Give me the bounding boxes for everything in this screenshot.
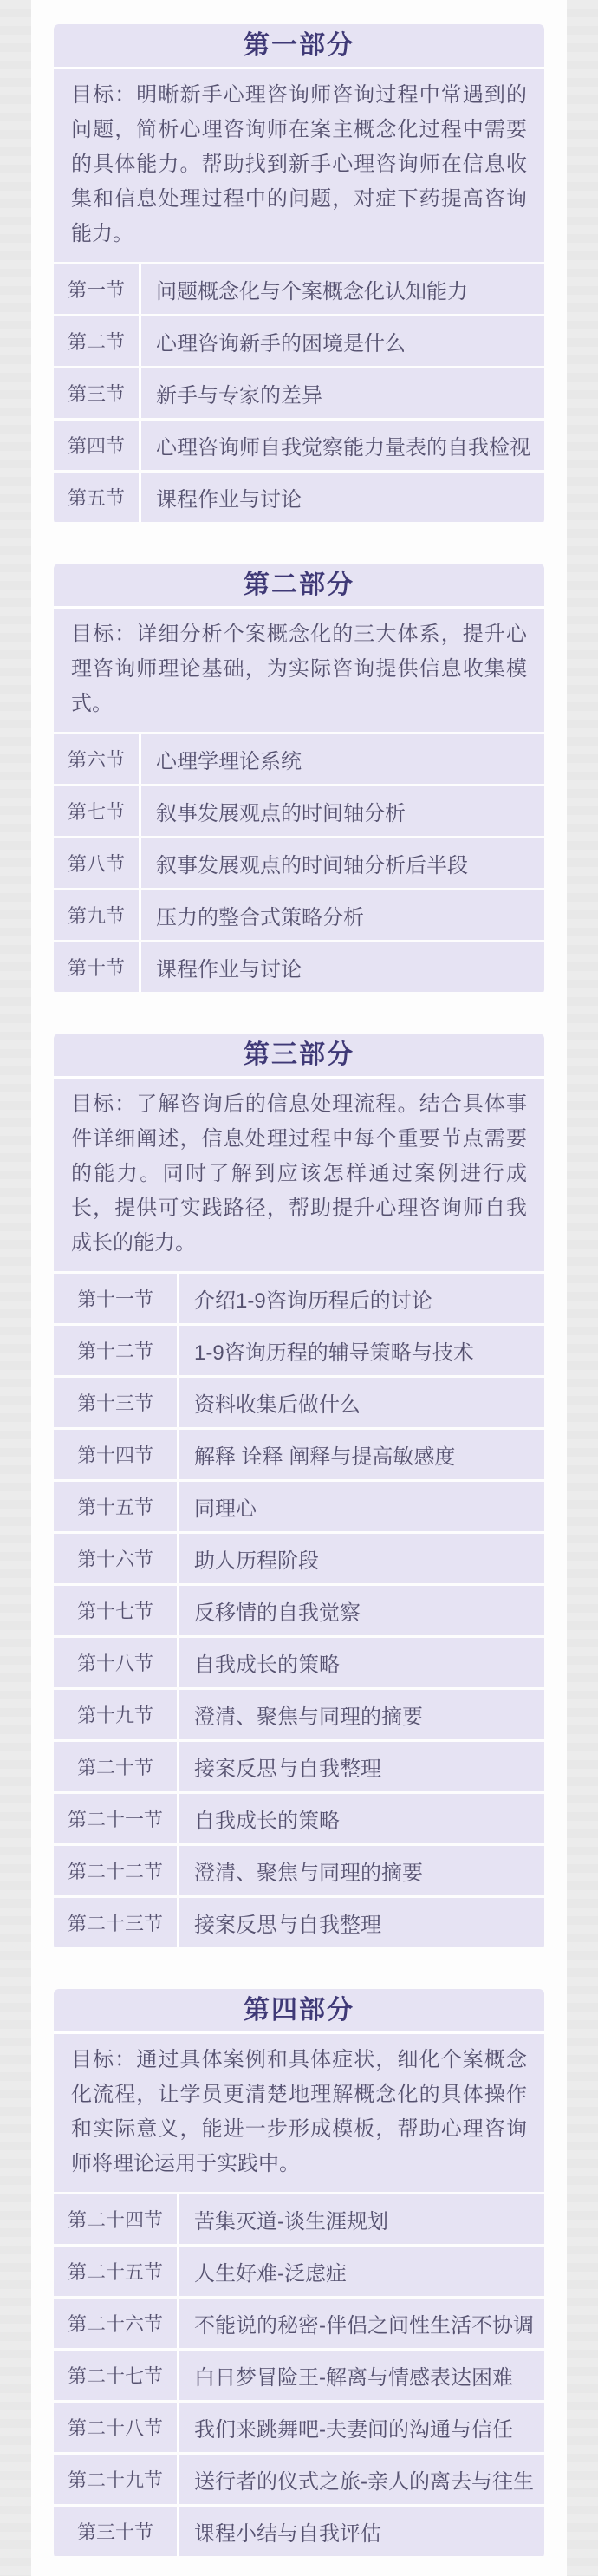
lesson-number: 第十三节 — [54, 1378, 179, 1427]
lesson-row: 第十节 课程作业与讨论 — [54, 942, 544, 992]
lesson-row: 第十九节 澄清、聚焦与同理的摘要 — [54, 1690, 544, 1739]
lesson-row: 第二十六节 不能说的秘密-伴侣之间性生活不协调 — [54, 2299, 544, 2348]
lesson-title: 叙事发展观点的时间轴分析 — [141, 786, 544, 836]
lesson-row: 第二节 心理咨询新手的困境是什么 — [54, 316, 544, 366]
lesson-row: 第二十八节 我们来跳舞吧-夫妻间的沟通与信任 — [54, 2403, 544, 2452]
lesson-number: 第二十九节 — [54, 2455, 179, 2504]
lesson-row: 第二十七节 白日梦冒险王-解离与情感表达困难 — [54, 2351, 544, 2400]
lesson-number: 第十一节 — [54, 1274, 179, 1323]
lesson-title: 课程作业与讨论 — [141, 473, 544, 522]
lesson-number: 第十八节 — [54, 1638, 179, 1687]
lesson-title: 苦集灭道-谈生涯规划 — [179, 2194, 544, 2244]
lesson-number: 第十五节 — [54, 1482, 179, 1531]
lesson-title: 同理心 — [179, 1482, 544, 1531]
part-goal: 目标：明晰新手心理咨询师咨询过程中常遇到的问题，简析心理咨询师在案主概念化过程中… — [54, 67, 544, 262]
part-goal: 目标：通过具体案例和具体症状，细化个案概念化流程，让学员更清楚地理解概念化的具体… — [54, 2031, 544, 2192]
lesson-number: 第十节 — [54, 942, 141, 992]
lesson-title: 问题概念化与个案概念化认知能力 — [141, 264, 544, 314]
lesson-number: 第十四节 — [54, 1430, 179, 1479]
lesson-row: 第三节 新手与专家的差异 — [54, 368, 544, 418]
part-goal: 目标：详细分析个案概念化的三大体系，提升心理咨询师理论基础，为实际咨询提供信息收… — [54, 606, 544, 732]
lesson-row: 第十二节 1-9咨询历程的辅导策略与技术 — [54, 1326, 544, 1375]
course-part-3: 第三部分 目标：了解咨询后的信息处理流程。结合具体事件详细阐述，信息处理过程中每… — [54, 1034, 544, 1950]
lesson-number: 第二十七节 — [54, 2351, 179, 2400]
lesson-title: 接案反思与自我整理 — [179, 1898, 544, 1947]
lesson-number: 第二十一节 — [54, 1794, 179, 1843]
lesson-title: 自我成长的策略 — [179, 1794, 544, 1843]
lesson-title: 心理学理论系统 — [141, 734, 544, 784]
lesson-row: 第九节 压力的整合式策略分析 — [54, 890, 544, 940]
lesson-number: 第十七节 — [54, 1586, 179, 1635]
lesson-row: 第十七节 反移情的自我觉察 — [54, 1586, 544, 1635]
lesson-number: 第二十三节 — [54, 1898, 179, 1947]
lesson-number: 第四节 — [54, 421, 141, 470]
lesson-title: 1-9咨询历程的辅导策略与技术 — [179, 1326, 544, 1375]
lesson-title: 送行者的仪式之旅-亲人的离去与往生 — [179, 2455, 544, 2504]
lesson-number: 第三节 — [54, 368, 141, 418]
lesson-title: 新手与专家的差异 — [141, 368, 544, 418]
lesson-row: 第八节 叙事发展观点的时间轴分析后半段 — [54, 838, 544, 888]
lesson-row: 第十四节 解释 诠释 阐释与提高敏感度 — [54, 1430, 544, 1479]
lesson-row: 第十一节 介绍1-9咨询历程后的讨论 — [54, 1274, 544, 1323]
lesson-number: 第二十四节 — [54, 2194, 179, 2244]
lesson-title: 资料收集后做什么 — [179, 1378, 544, 1427]
course-part-2: 第二部分 目标：详细分析个案概念化的三大体系，提升心理咨询师理论基础，为实际咨询… — [54, 564, 544, 995]
part-title: 第四部分 — [54, 1989, 544, 2031]
lesson-row: 第二十三节 接案反思与自我整理 — [54, 1898, 544, 1947]
lesson-number: 第二十八节 — [54, 2403, 179, 2452]
lesson-title: 课程小结与自我评估 — [179, 2507, 544, 2556]
lesson-title: 介绍1-9咨询历程后的讨论 — [179, 1274, 544, 1323]
lesson-title: 白日梦冒险王-解离与情感表达困难 — [179, 2351, 544, 2400]
lesson-row: 第二十节 接案反思与自我整理 — [54, 1742, 544, 1791]
part-title: 第一部分 — [54, 24, 544, 67]
lesson-row: 第十六节 助人历程阶段 — [54, 1534, 544, 1583]
lesson-title: 人生好难-泛虑症 — [179, 2247, 544, 2296]
lesson-number: 第一节 — [54, 264, 141, 314]
lesson-row: 第二十四节 苦集灭道-谈生涯规划 — [54, 2194, 544, 2244]
lesson-number: 第六节 — [54, 734, 141, 784]
lesson-row: 第二十一节 自我成长的策略 — [54, 1794, 544, 1843]
course-part-1: 第一部分 目标：明晰新手心理咨询师咨询过程中常遇到的问题，简析心理咨询师在案主概… — [54, 24, 544, 525]
lesson-number: 第二十六节 — [54, 2299, 179, 2348]
lesson-title: 接案反思与自我整理 — [179, 1742, 544, 1791]
lesson-row: 第四节 心理咨询师自我觉察能力量表的自我检视 — [54, 421, 544, 470]
lesson-title: 澄清、聚焦与同理的摘要 — [179, 1846, 544, 1895]
lesson-number: 第十九节 — [54, 1690, 179, 1739]
lesson-row: 第十三节 资料收集后做什么 — [54, 1378, 544, 1427]
lesson-number: 第十六节 — [54, 1534, 179, 1583]
lesson-number: 第八节 — [54, 838, 141, 888]
lesson-number: 第九节 — [54, 890, 141, 940]
lesson-title: 心理咨询新手的困境是什么 — [141, 316, 544, 366]
lesson-row: 第五节 课程作业与讨论 — [54, 473, 544, 522]
lesson-number: 第三十节 — [54, 2507, 179, 2556]
course-outline-content: 第一部分 目标：明晰新手心理咨询师咨询过程中常遇到的问题，简析心理咨询师在案主概… — [0, 0, 598, 2576]
lesson-row: 第二十九节 送行者的仪式之旅-亲人的离去与往生 — [54, 2455, 544, 2504]
lesson-number: 第十二节 — [54, 1326, 179, 1375]
lesson-title: 解释 诠释 阐释与提高敏感度 — [179, 1430, 544, 1479]
lesson-row: 第二十二节 澄清、聚焦与同理的摘要 — [54, 1846, 544, 1895]
lesson-title: 压力的整合式策略分析 — [141, 890, 544, 940]
lesson-row: 第六节 心理学理论系统 — [54, 734, 544, 784]
lesson-title: 我们来跳舞吧-夫妻间的沟通与信任 — [179, 2403, 544, 2452]
lesson-title: 课程作业与讨论 — [141, 942, 544, 992]
lesson-title: 叙事发展观点的时间轴分析后半段 — [141, 838, 544, 888]
lesson-title: 不能说的秘密-伴侣之间性生活不协调 — [179, 2299, 544, 2348]
lesson-row: 第十八节 自我成长的策略 — [54, 1638, 544, 1687]
lesson-table: 第一节 问题概念化与个案概念化认知能力 第二节 心理咨询新手的困境是什么 第三节… — [54, 262, 544, 525]
lesson-row: 第一节 问题概念化与个案概念化认知能力 — [54, 264, 544, 314]
lesson-row: 第七节 叙事发展观点的时间轴分析 — [54, 786, 544, 836]
part-title: 第三部分 — [54, 1034, 544, 1076]
lesson-row: 第二十五节 人生好难-泛虑症 — [54, 2247, 544, 2296]
lesson-row: 第十五节 同理心 — [54, 1482, 544, 1531]
lesson-title: 澄清、聚焦与同理的摘要 — [179, 1690, 544, 1739]
part-goal: 目标：了解咨询后的信息处理流程。结合具体事件详细阐述，信息处理过程中每个重要节点… — [54, 1076, 544, 1271]
lesson-title: 反移情的自我觉察 — [179, 1586, 544, 1635]
lesson-table: 第二十四节 苦集灭道-谈生涯规划 第二十五节 人生好难-泛虑症 第二十六节 不能… — [54, 2192, 544, 2559]
lesson-number: 第二十五节 — [54, 2247, 179, 2296]
lesson-number: 第二十节 — [54, 1742, 179, 1791]
lesson-title: 助人历程阶段 — [179, 1534, 544, 1583]
lesson-title: 自我成长的策略 — [179, 1638, 544, 1687]
part-title: 第二部分 — [54, 564, 544, 606]
lesson-number: 第五节 — [54, 473, 141, 522]
lesson-title: 心理咨询师自我觉察能力量表的自我检视 — [141, 421, 544, 470]
lesson-table: 第十一节 介绍1-9咨询历程后的讨论 第十二节 1-9咨询历程的辅导策略与技术 … — [54, 1271, 544, 1950]
course-part-4: 第四部分 目标：通过具体案例和具体症状，细化个案概念化流程，让学员更清楚地理解概… — [54, 1989, 544, 2559]
lesson-number: 第二十二节 — [54, 1846, 179, 1895]
lesson-number: 第二节 — [54, 316, 141, 366]
course-outline-page: 第一部分 目标：明晰新手心理咨询师咨询过程中常遇到的问题，简析心理咨询师在案主概… — [0, 0, 598, 2576]
lesson-number: 第七节 — [54, 786, 141, 836]
lesson-row: 第三十节 课程小结与自我评估 — [54, 2507, 544, 2556]
lesson-table: 第六节 心理学理论系统 第七节 叙事发展观点的时间轴分析 第八节 叙事发展观点的… — [54, 732, 544, 995]
